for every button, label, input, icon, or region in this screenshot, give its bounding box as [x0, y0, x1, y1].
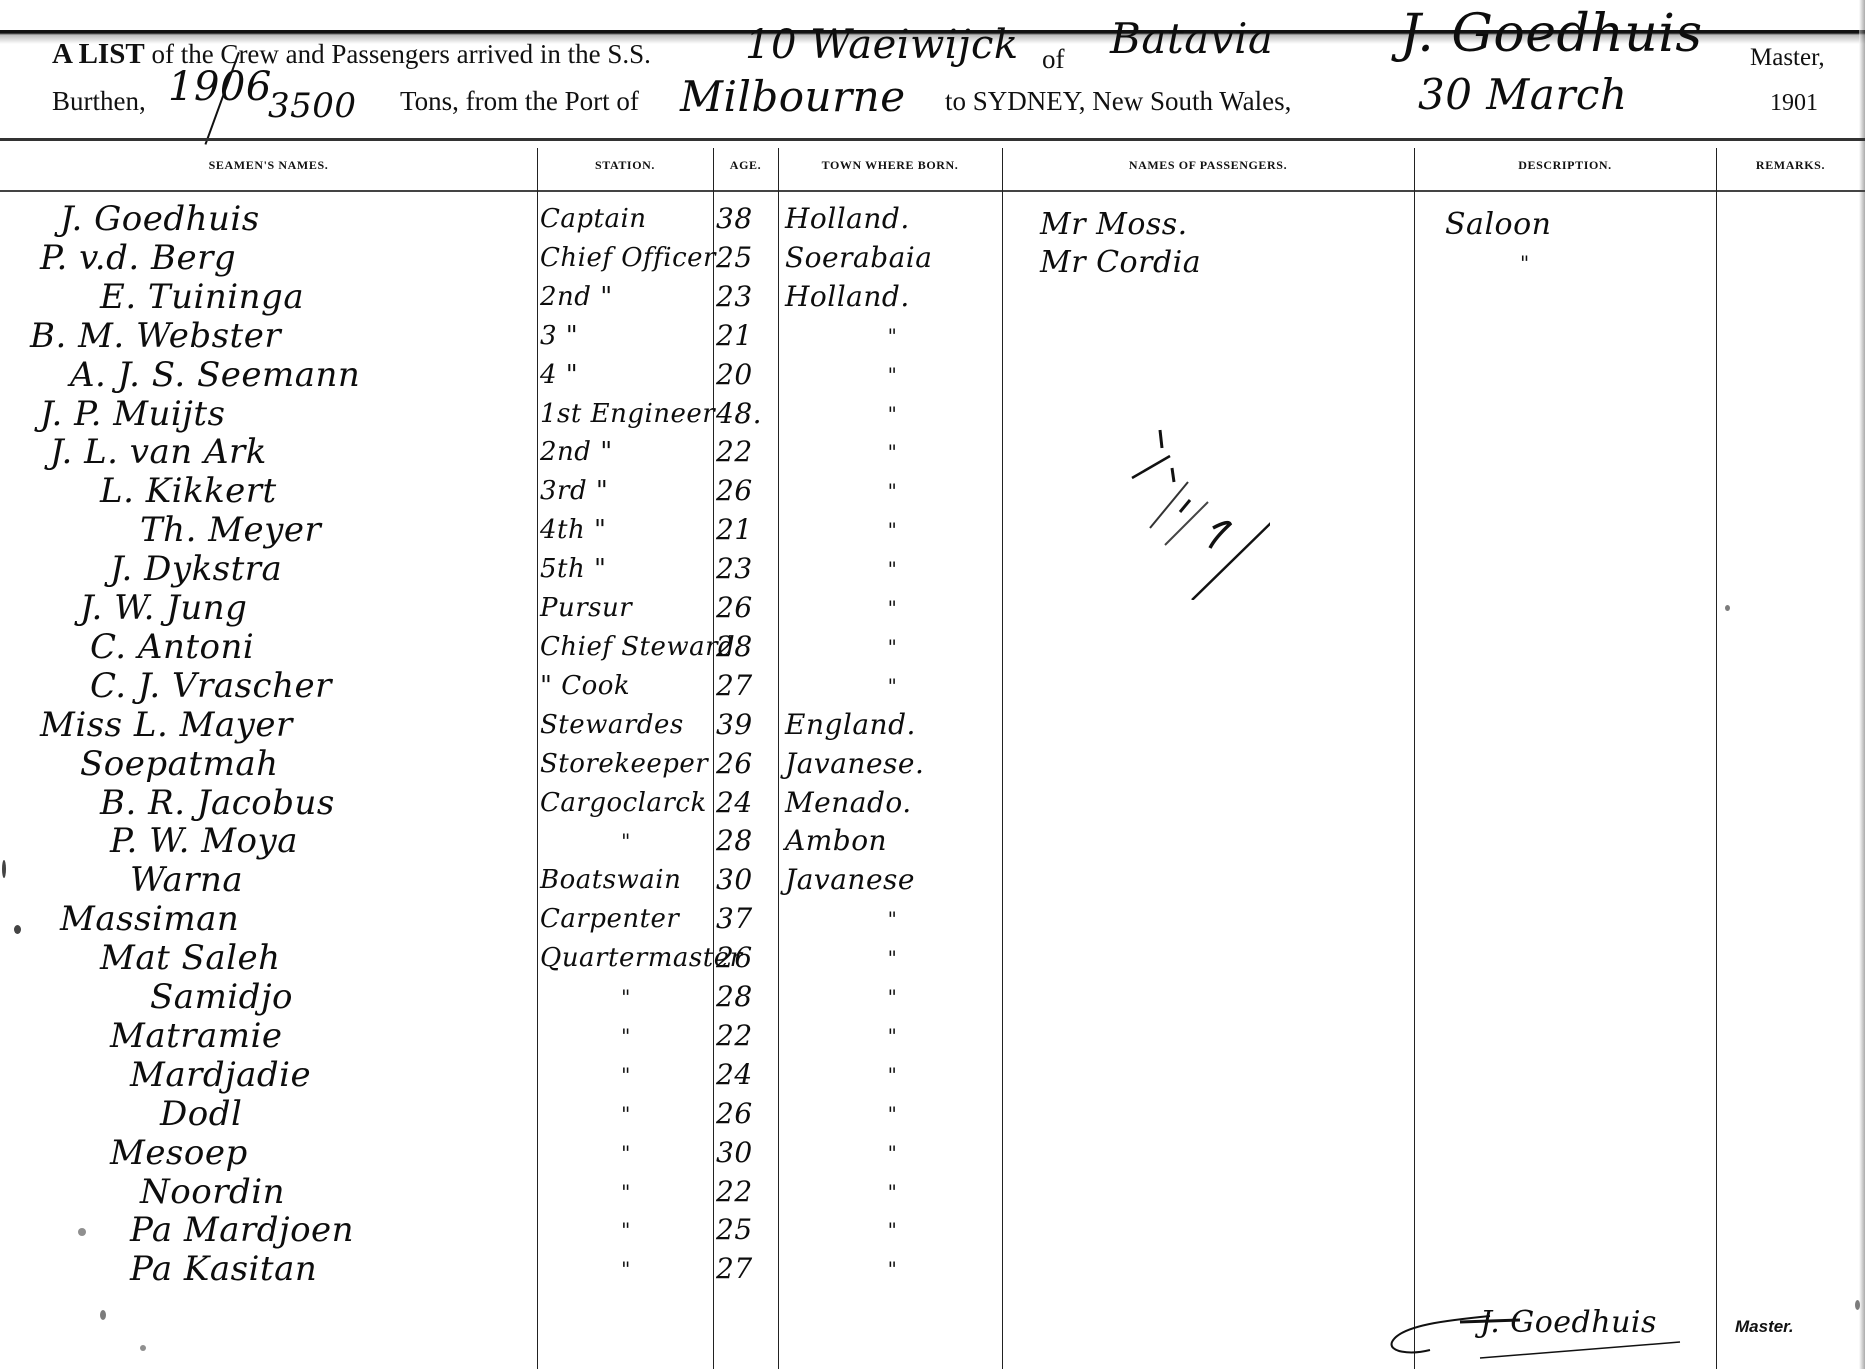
- age-value: 26: [716, 472, 776, 510]
- town-value: ": [785, 978, 1000, 1016]
- seaman-name: Pa Mardjoen: [130, 1211, 354, 1249]
- crew-row: Miss L. MayerStewardes39England.: [0, 706, 1865, 744]
- town-value: ": [785, 395, 1000, 433]
- town-value: ": [785, 589, 1000, 627]
- colhead-town-where-born: TOWN WHERE BORN.: [778, 150, 1002, 180]
- passenger-name: Mr Cordia: [1040, 244, 1201, 282]
- crew-row: J. Dykstra5th "23": [0, 550, 1865, 588]
- crew-row: J. W. JungPursur26": [0, 589, 1865, 627]
- age-value: 22: [716, 1017, 776, 1055]
- burthen-value-2: 3500: [268, 86, 357, 126]
- station-value: 5th ": [540, 550, 712, 588]
- crew-row: WarnaBoatswain30Javanese: [0, 861, 1865, 899]
- crew-row: MassimanCarpenter37": [0, 900, 1865, 938]
- master-name-header: J. Goedhuis: [1400, 4, 1703, 64]
- seaman-name: J. W. Jung: [80, 589, 247, 627]
- seaman-name: C. Antoni: [90, 628, 254, 666]
- station-value: Storekeeper: [540, 745, 712, 783]
- arrival-year: 1901: [1770, 90, 1818, 117]
- town-value: ": [785, 511, 1000, 549]
- station-value: ": [540, 822, 712, 860]
- town-value: Javanese.: [785, 745, 1000, 783]
- seaman-name: Massiman: [60, 900, 239, 938]
- crew-row: E. Tuininga2nd "23Holland.: [0, 278, 1865, 316]
- header-bottom-rule: [0, 190, 1865, 192]
- colhead-station: STATION.: [537, 150, 713, 180]
- colhead-seamens-names: SEAMEN'S NAMES.: [0, 150, 537, 180]
- crew-row: J. L. van Ark2nd "22": [0, 433, 1865, 471]
- tally-mark: [1110, 420, 1270, 600]
- station-value: 4 ": [540, 356, 712, 394]
- age-value: 24: [716, 784, 776, 822]
- station-value: Cargoclarck: [540, 784, 712, 822]
- age-value: 27: [716, 1250, 776, 1288]
- crew-row: Samidjo"28": [0, 978, 1865, 1016]
- town-value: ": [785, 1211, 1000, 1249]
- colhead-description: DESCRIPTION.: [1414, 150, 1716, 180]
- station-value: 3 ": [540, 317, 712, 355]
- header-line-1: A LIST of the Crew and Passengers arrive…: [52, 38, 651, 71]
- town-value: Holland.: [785, 278, 1000, 316]
- crew-row: Pa Mardjoen"25": [0, 1211, 1865, 1249]
- town-value: ": [785, 472, 1000, 510]
- burthen-label: Burthen,: [52, 86, 146, 117]
- crew-row: Mat SalehQuartermaster26": [0, 939, 1865, 977]
- station-value: 4th ": [540, 511, 712, 549]
- seaman-name: J. P. Muijts: [40, 395, 225, 433]
- age-value: 23: [716, 550, 776, 588]
- town-value: ": [785, 1017, 1000, 1055]
- age-value: 26: [716, 745, 776, 783]
- crew-row: Mardjadie"24": [0, 1056, 1865, 1094]
- town-value: ": [785, 317, 1000, 355]
- age-value: 39: [716, 706, 776, 744]
- from-port: Milbourne: [680, 72, 906, 121]
- age-value: 21: [716, 317, 776, 355]
- town-value: ": [785, 939, 1000, 977]
- passenger-row: Mr Cordia ": [0, 244, 1865, 282]
- age-value: 30: [716, 861, 776, 899]
- master-label-footer: Master.: [1735, 1317, 1794, 1337]
- station-value: " Cook: [540, 667, 712, 705]
- town-value: England.: [785, 706, 1000, 744]
- station-value: Chief Steward: [540, 628, 712, 666]
- seaman-name: J. Dykstra: [110, 550, 282, 588]
- passenger-row: Mr Moss. Saloon: [0, 206, 1865, 244]
- station-value: 3rd ": [540, 472, 712, 510]
- seaman-name: Dodl: [160, 1095, 242, 1133]
- scan-speck: [2, 860, 6, 878]
- crew-row: B. R. JacobusCargoclarck24Menado.: [0, 784, 1865, 822]
- seaman-name: A. J. S. Seemann: [70, 356, 360, 394]
- seaman-name: Mesoep: [110, 1134, 248, 1172]
- age-value: 25: [716, 1211, 776, 1249]
- scan-speck: [1725, 605, 1730, 611]
- town-value: ": [785, 667, 1000, 705]
- age-value: 24: [716, 1056, 776, 1094]
- station-value: Carpenter: [540, 900, 712, 938]
- arrival-date: 30 March: [1418, 70, 1628, 119]
- seaman-name: Warna: [130, 861, 243, 899]
- age-value: 21: [716, 511, 776, 549]
- scan-speck: [100, 1310, 106, 1320]
- crew-row: J. P. Muijts1st Engineer48.": [0, 395, 1865, 433]
- seaman-name: Matramie: [110, 1017, 283, 1055]
- crew-row: B. M. Webster3 "21": [0, 317, 1865, 355]
- town-value: ": [785, 1134, 1000, 1172]
- crew-row: Pa Kasitan"27": [0, 1250, 1865, 1288]
- station-value: ": [540, 1173, 712, 1211]
- crew-row: P. W. Moya"28Ambon: [0, 822, 1865, 860]
- master-label-header: Master,: [1750, 44, 1825, 72]
- seaman-name: E. Tuininga: [100, 278, 304, 316]
- crew-row: Th. Meyer4th "21": [0, 511, 1865, 549]
- crew-row: A. J. S. Seemann4 "20": [0, 356, 1865, 394]
- station-value: ": [540, 1017, 712, 1055]
- age-value: 26: [716, 939, 776, 977]
- town-value: ": [785, 433, 1000, 471]
- station-value: ": [540, 1250, 712, 1288]
- crew-row: Matramie"22": [0, 1017, 1865, 1055]
- town-value: ": [785, 628, 1000, 666]
- of-label: of: [1042, 44, 1065, 75]
- to-sydney-label: to SYDNEY, New South Wales,: [945, 86, 1291, 117]
- station-value: ": [540, 1211, 712, 1249]
- town-value: Menado.: [785, 784, 1000, 822]
- town-value: Ambon: [785, 822, 1000, 860]
- age-value: 28: [716, 822, 776, 860]
- station-value: Quartermaster: [540, 939, 712, 977]
- crew-row: C. AntoniChief Steward28": [0, 628, 1865, 666]
- ship-name: 10 Waeiwijck: [745, 22, 1019, 68]
- age-value: 37: [716, 900, 776, 938]
- tons-from-label: Tons, from the Port of: [400, 86, 639, 117]
- seaman-name: Soepatmah: [80, 745, 279, 783]
- town-value: ": [785, 1095, 1000, 1133]
- town-value: ": [785, 1056, 1000, 1094]
- crew-row: SoepatmahStorekeeper26Javanese.: [0, 745, 1865, 783]
- crew-row: L. Kikkert3rd "26": [0, 472, 1865, 510]
- station-value: Pursur: [540, 589, 712, 627]
- age-value: 26: [716, 1095, 776, 1133]
- station-value: Stewardes: [540, 706, 712, 744]
- list-title-bold: A LIST: [52, 38, 145, 70]
- crew-row: Dodl"26": [0, 1095, 1865, 1133]
- town-value: ": [785, 1250, 1000, 1288]
- seaman-name: B. M. Webster: [30, 317, 281, 355]
- crew-row: Noordin"22": [0, 1173, 1865, 1211]
- age-value: 22: [716, 433, 776, 471]
- station-value: ": [540, 1056, 712, 1094]
- seaman-name: Samidjo: [150, 978, 293, 1016]
- scan-speck: [78, 1228, 86, 1236]
- seaman-name: C. J. Vrascher: [90, 667, 332, 705]
- scan-speck: [14, 925, 21, 934]
- age-value: 23: [716, 278, 776, 316]
- signature-flourish: [1380, 1300, 1710, 1360]
- colhead-remarks: REMARKS.: [1716, 150, 1865, 180]
- seaman-name: B. R. Jacobus: [100, 784, 335, 822]
- station-value: 2nd ": [540, 433, 712, 471]
- seaman-name: P. W. Moya: [110, 822, 298, 860]
- seaman-name: Pa Kasitan: [130, 1250, 317, 1288]
- age-value: 26: [716, 589, 776, 627]
- crew-row: C. J. Vrascher" Cook27": [0, 667, 1865, 705]
- station-value: 1st Engineer: [540, 395, 712, 433]
- seaman-name: Noordin: [140, 1173, 285, 1211]
- age-value: 28: [716, 978, 776, 1016]
- station-value: ": [540, 1095, 712, 1133]
- station-value: ": [540, 978, 712, 1016]
- home-port: Batavia: [1110, 14, 1274, 63]
- scan-speck: [1855, 1300, 1860, 1310]
- town-value: ": [785, 550, 1000, 588]
- age-value: 20: [716, 356, 776, 394]
- table-top-rule: [0, 138, 1865, 141]
- scan-speck: [140, 1345, 146, 1351]
- seaman-name: J. L. van Ark: [50, 433, 267, 471]
- passenger-description: ": [1445, 244, 1760, 282]
- colhead-age: AGE.: [713, 150, 778, 180]
- passenger-description: Saloon: [1445, 206, 1685, 244]
- town-value: Javanese: [785, 861, 1000, 899]
- age-value: 22: [716, 1173, 776, 1211]
- seaman-name: Mardjadie: [130, 1056, 311, 1094]
- town-value: ": [785, 356, 1000, 394]
- colhead-names-of-passengers: NAMES OF PASSENGERS.: [1002, 150, 1414, 180]
- seaman-name: Miss L. Mayer: [40, 706, 293, 744]
- station-value: Boatswain: [540, 861, 712, 899]
- seaman-name: Th. Meyer: [140, 511, 321, 549]
- seaman-name: L. Kikkert: [100, 472, 277, 510]
- station-value: 2nd ": [540, 278, 712, 316]
- age-value: 30: [716, 1134, 776, 1172]
- passenger-name: Mr Moss.: [1040, 206, 1188, 244]
- seaman-name: Mat Saleh: [100, 939, 281, 977]
- age-value: 27: [716, 667, 776, 705]
- town-value: ": [785, 900, 1000, 938]
- station-value: ": [540, 1134, 712, 1172]
- age-value: 48.: [716, 395, 776, 433]
- crew-row: Mesoep"30": [0, 1134, 1865, 1172]
- age-value: 28: [716, 628, 776, 666]
- town-value: ": [785, 1173, 1000, 1211]
